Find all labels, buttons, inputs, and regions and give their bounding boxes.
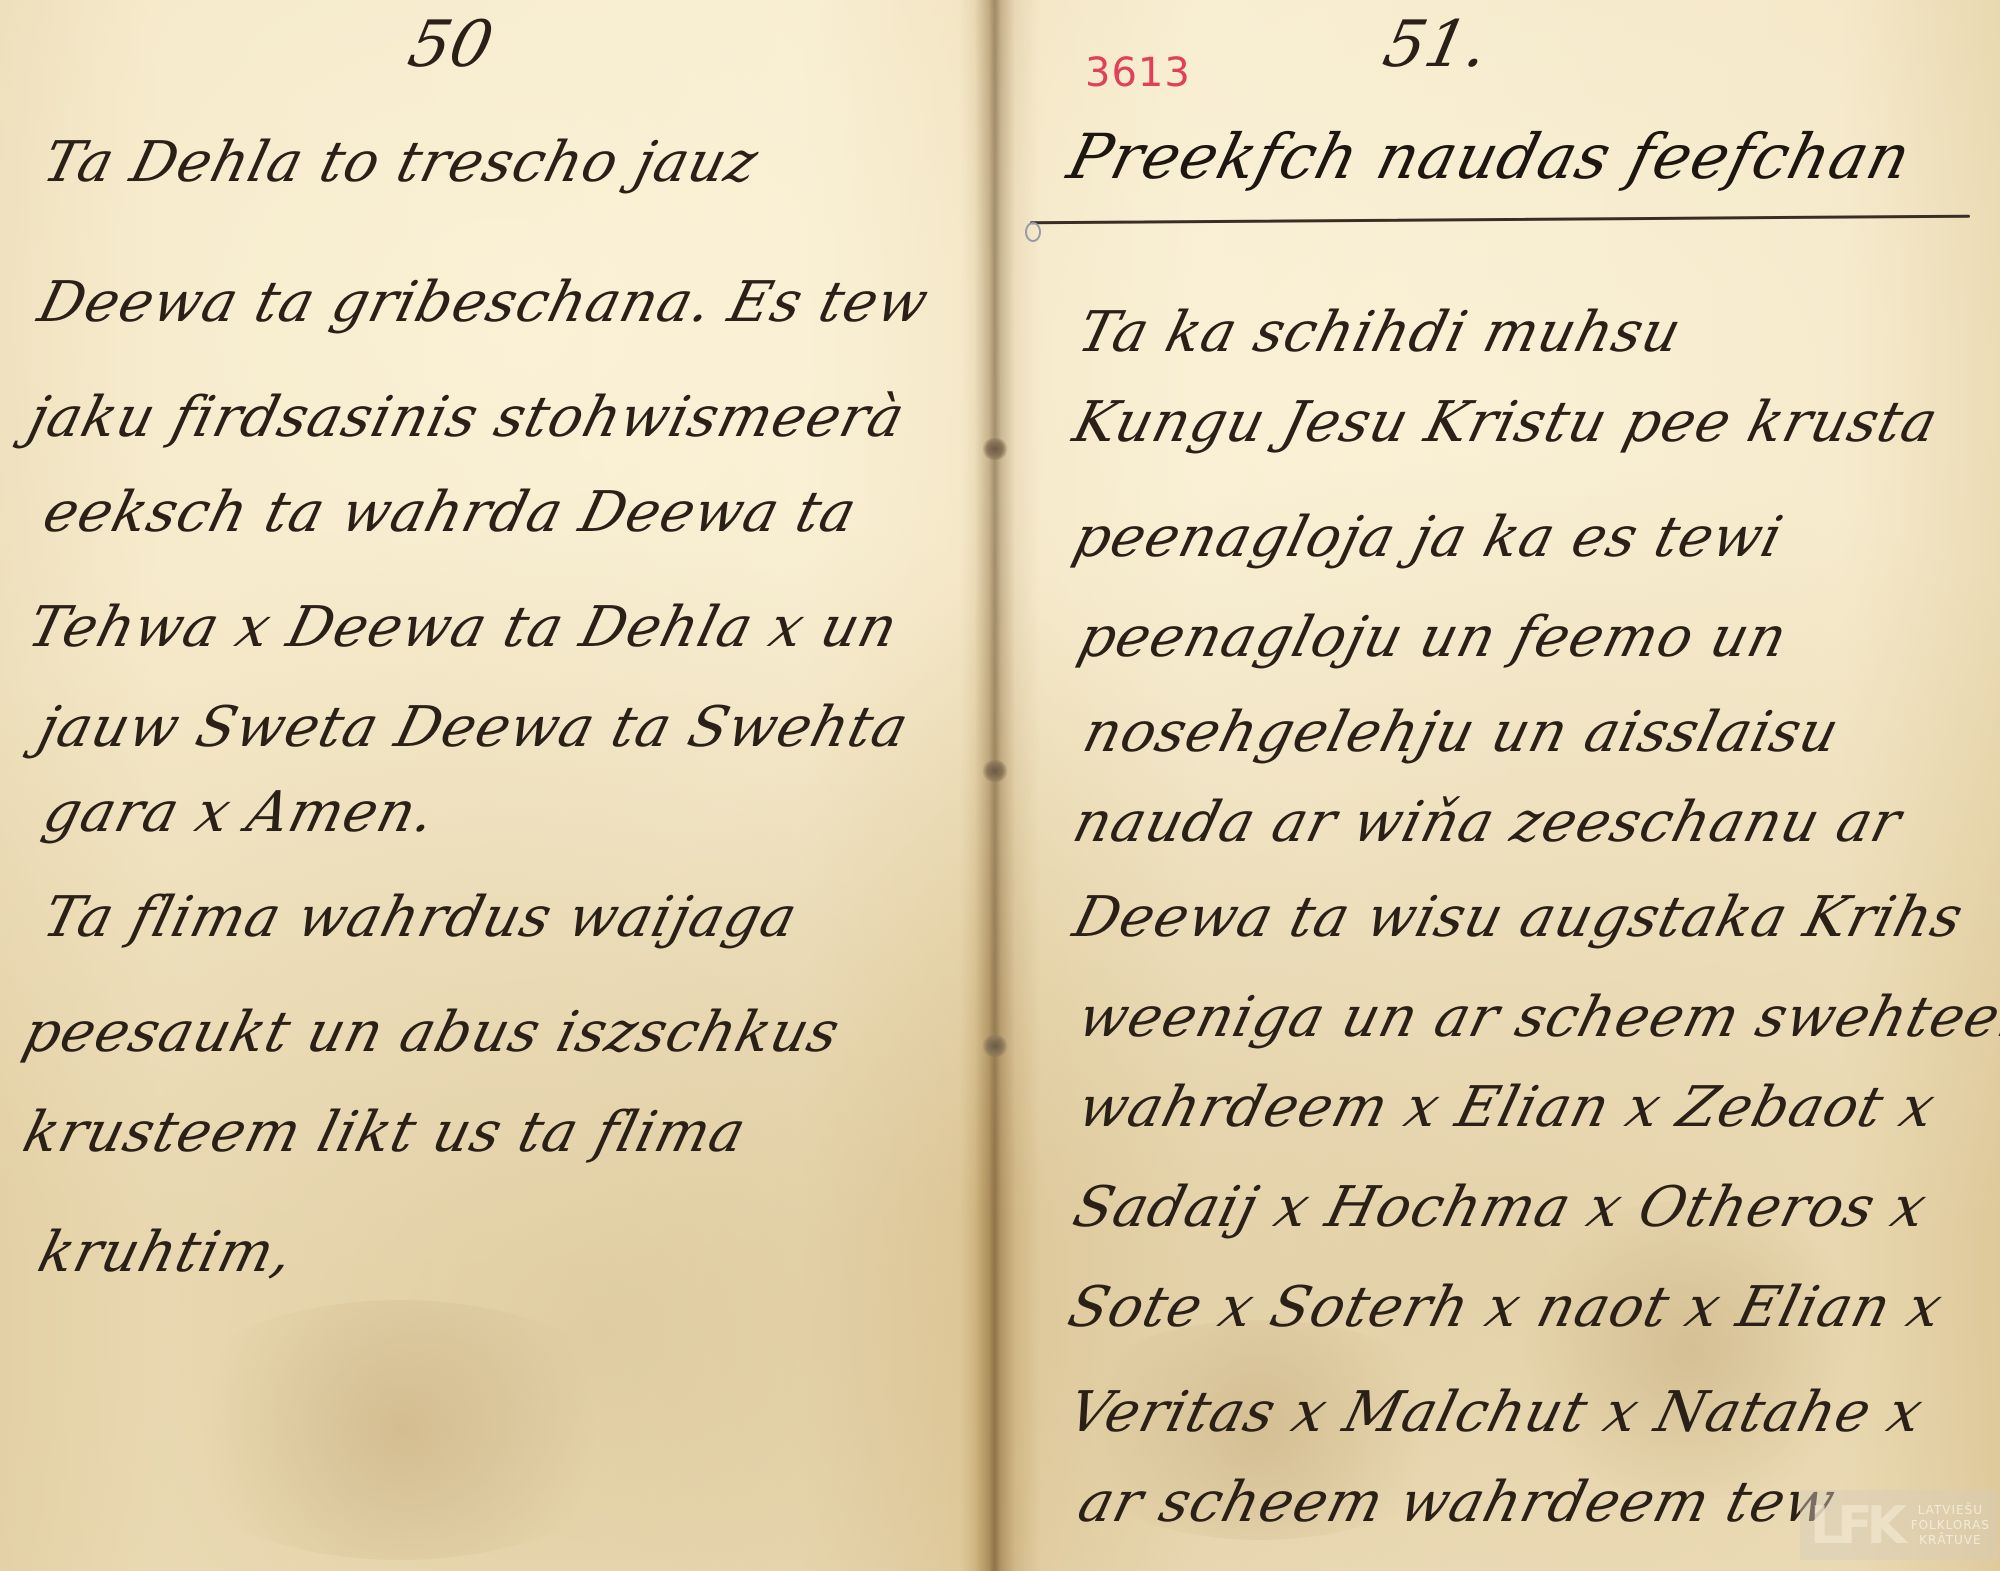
text-line: gara x Amen. (37, 780, 442, 845)
page-title: Preekfch naudas feefchan (1061, 120, 1919, 193)
text-line: jaku firdsasinis stohwismeerà (22, 385, 911, 450)
pencil-mark (1025, 222, 1041, 242)
text-line: eeksch ta wahrda Deewa ta (37, 480, 863, 545)
text-line: Veritas x Malchut x Natahe x (1062, 1380, 1930, 1445)
page-number: 51. (1377, 8, 1495, 82)
text-line: Sadaij x Hochma x Otheros x (1067, 1175, 1934, 1240)
archive-catalog-number: 3613 (1085, 50, 1191, 96)
watermark-line: FOLKLORAS (1911, 1518, 1990, 1533)
text-line: Deewa ta gribeschana. Es tew (32, 270, 935, 335)
text-line: nosehgelehju un aisslaisu (1077, 700, 1846, 765)
text-line: Ta ka schihdi muhsu (1072, 300, 1688, 365)
text-line: Ta Dehla to trescho jauz (37, 130, 765, 195)
text-line: peenagloja ja ka es tewi (1067, 505, 1790, 570)
text-line: peenagloju un feemo un (1072, 605, 1794, 670)
watermark-line: KRĀTUVE (1919, 1533, 1981, 1548)
archive-watermark: LFK LATVIEŠU FOLKLORAS KRĀTUVE (1800, 1490, 1998, 1560)
title-underline (1030, 215, 1970, 225)
watermark-line: LATVIEŠU (1918, 1503, 1983, 1518)
page-number: 50 (402, 8, 499, 82)
text-line: Sote x Soterh x naot x Elian x (1062, 1275, 1949, 1340)
manuscript-spread: 50 Ta Dehla to trescho jauz Deewa ta gri… (0, 0, 2000, 1571)
text-line: peesaukt un abus iszschkus (17, 1000, 847, 1065)
text-line: wahrdeem x Elian x Zebaot x (1072, 1075, 1942, 1140)
text-line: weeniga un ar scheem swehteem (1072, 985, 2000, 1050)
text-line: Ta flima wahrdus waijaga (37, 885, 804, 950)
watermark-text: LATVIEŠU FOLKLORAS KRĀTUVE (1911, 1503, 1990, 1548)
text-line: ar scheem wahrdeem tew (1072, 1470, 1842, 1535)
text-line: krusteem likt us ta flima (17, 1100, 753, 1165)
lfk-logo-icon: LFK (1810, 1496, 1901, 1556)
right-page: 3613 51. Preekfch naudas feefchan Ta ka … (1000, 0, 2000, 1571)
text-line: kruhtim, (32, 1220, 300, 1285)
text-line: Deewa ta wisu augstaka Krihs (1067, 885, 1970, 950)
left-page: 50 Ta Dehla to trescho jauz Deewa ta gri… (0, 0, 985, 1571)
text-line: Kungu Jesu Kristu pee krusta (1067, 390, 1945, 455)
text-line: nauda ar wiňa zeeschanu ar (1067, 790, 1908, 855)
text-line: Tehwa x Deewa ta Dehla x un (22, 595, 905, 660)
text-line: jauw Sweta Deewa ta Swehta (32, 695, 915, 760)
